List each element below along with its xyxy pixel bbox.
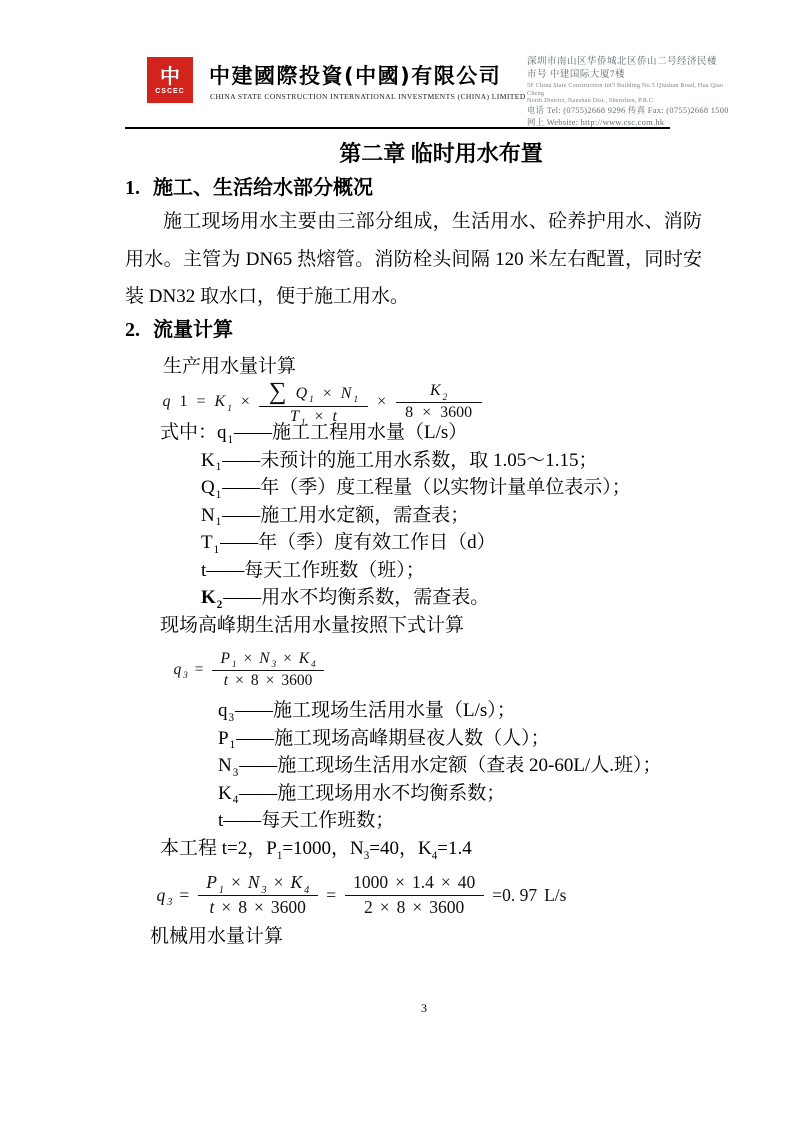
definition-line: K1——未预计的施工用水系数，取 1.05～1.15； <box>160 447 631 475</box>
definition-line: N1——施工用水定额，需查表； <box>160 502 631 530</box>
chapter-title: 第二章 临时用水布置 <box>125 137 702 168</box>
address-line: 5F China State Construction Int'l Buildi… <box>527 82 729 97</box>
document-page: 中 CSCEC 中建國際投資(中國)有限公司 CHINA STATE CONST… <box>0 0 793 1122</box>
fraction: K28×3600 <box>396 382 482 422</box>
fraction: 1000×1.4×402×8×3600 <box>345 872 484 918</box>
logo-cscec-text: CSCEC <box>155 88 185 95</box>
logo-zhong-glyph: 中 <box>160 66 180 86</box>
definition-line: P1——施工现场高峰期昼夜人数（人）； <box>218 725 661 753</box>
address-line: 市号 中建国际大厦7楼 <box>527 69 729 82</box>
section-1-title: 施工、生活给水部分概况 <box>153 177 373 199</box>
machine-water-label: 机械用水量计算 <box>150 921 283 948</box>
address-line: 深圳市南山区华侨城北区侨山二号经济民楼 <box>527 56 729 69</box>
company-name-en: CHINA STATE CONSTRUCTION INTERNATIONAL I… <box>210 92 526 101</box>
fraction: P1×N3×K4t×8×3600 <box>198 872 318 918</box>
formula-q3: q3=P1×N3×K4t×8×3600 <box>170 650 329 690</box>
definition-line: 式中：q1——施工工程用水量（L/s） <box>160 419 631 447</box>
address-line: North District, Nanshan Dist., Shenzhen,… <box>527 97 729 105</box>
section-2-number: 2. <box>125 319 140 342</box>
definition-line: K4——施工现场用水不均衡系数； <box>218 780 661 808</box>
formula-q3-definitions: q3——施工现场生活用水量（L/s）；P1——施工现场高峰期昼夜人数（人）；N3… <box>218 697 661 835</box>
address-line: 电话 Tel: (0755)2668 9296 传真 Fax: (0755)26… <box>527 105 729 117</box>
production-water-label: 生产用水量计算 <box>163 351 296 378</box>
company-name-zh: 中建國際投資(中國)有限公司 <box>209 60 501 90</box>
company-address-block: 深圳市南山区华侨城北区侨山二号经济民楼市号 中建国际大厦7楼5F China S… <box>527 56 729 129</box>
section-1-heading: 1.施工、生活给水部分概况 <box>125 171 373 200</box>
page-number: 3 <box>0 1001 793 1016</box>
project-values-line: 本工程 t=2，P1=1000，N3=40，K4=1.4 <box>160 833 472 860</box>
section-1-paragraph: 施工现场用水主要由三部分组成，生活用水、砼养护用水、消防用水。主管为 DN65 … <box>125 203 702 316</box>
cscec-logo-icon: 中 CSCEC <box>147 57 193 103</box>
formula-q3-result: q3=P1×N3×K4t×8×3600=1000×1.4×402×8×3600=… <box>153 872 570 918</box>
header-divider <box>125 127 670 129</box>
section-2-heading: 2.流量计算 <box>125 313 233 342</box>
fraction: P1×N3×K4t×8×3600 <box>212 650 324 690</box>
definition-line: N3——施工现场生活用水定额（查表 20-60L/人.班）； <box>218 752 661 780</box>
section-1-number: 1. <box>125 177 140 200</box>
definition-line: K2——用水不均衡系数，需查表。 <box>160 584 631 612</box>
definition-line: Q1——年（季）度工程量（以实物计量单位表示）； <box>160 474 631 502</box>
definition-line: 现场高峰期生活用水量按照下式计算 <box>160 612 631 640</box>
definition-line: t——每天工作班数； <box>218 807 661 835</box>
definition-line: q3——施工现场生活用水量（L/s）； <box>218 697 661 725</box>
definition-line: T1——年（季）度有效工作日（d） <box>160 529 631 557</box>
section-2-title: 流量计算 <box>153 319 233 341</box>
formula-q1-definitions: 式中：q1——施工工程用水量（L/s）K1——未预计的施工用水系数，取 1.05… <box>160 419 631 639</box>
definition-line: t——每天工作班数（班）； <box>160 557 631 585</box>
